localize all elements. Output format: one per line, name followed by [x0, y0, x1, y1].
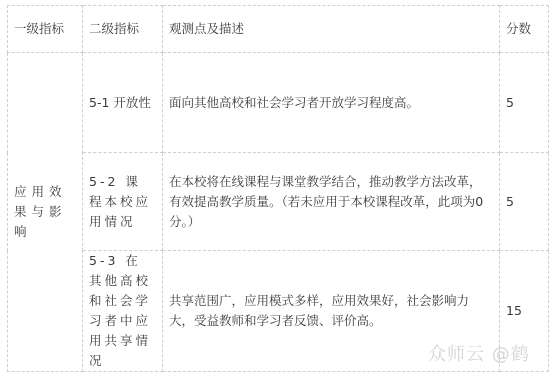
score-cell: 5: [500, 153, 549, 251]
level2-cell: 5-1 开放性: [83, 53, 163, 153]
table-row: 应用效果与影响 5-1 开放性 面向其他高校和社会学习者开放学习程度高。 5: [8, 53, 549, 153]
score-cell: 5: [500, 53, 549, 153]
header-row: 一级指标 二级指标 观测点及描述 分数: [8, 6, 549, 53]
header-level1: 一级指标: [8, 6, 83, 53]
level2-cell: 5-3 在其他高校和社会学习者中应用共享情况: [83, 251, 163, 372]
watermark: 众师云 @鹤: [428, 340, 530, 366]
evaluation-table: 一级指标 二级指标 观测点及描述 分数 应用效果与影响 5-1 开放性 面向其他…: [7, 5, 549, 372]
header-level2: 二级指标: [83, 6, 163, 53]
group-label: 应用效果与影响: [8, 53, 83, 372]
description-cell: 在本校将在线课程与课堂教学结合，推动教学方法改革，有效提高教学质量。（若未应用于…: [163, 153, 500, 251]
description-cell: 面向其他高校和社会学习者开放学习程度高。: [163, 53, 500, 153]
header-score: 分数: [500, 6, 549, 53]
table-row: 5-2 课程本校应用情况 在本校将在线课程与课堂教学结合，推动教学方法改革，有效…: [8, 153, 549, 251]
header-description: 观测点及描述: [163, 6, 500, 53]
level2-cell: 5-2 课程本校应用情况: [83, 153, 163, 251]
